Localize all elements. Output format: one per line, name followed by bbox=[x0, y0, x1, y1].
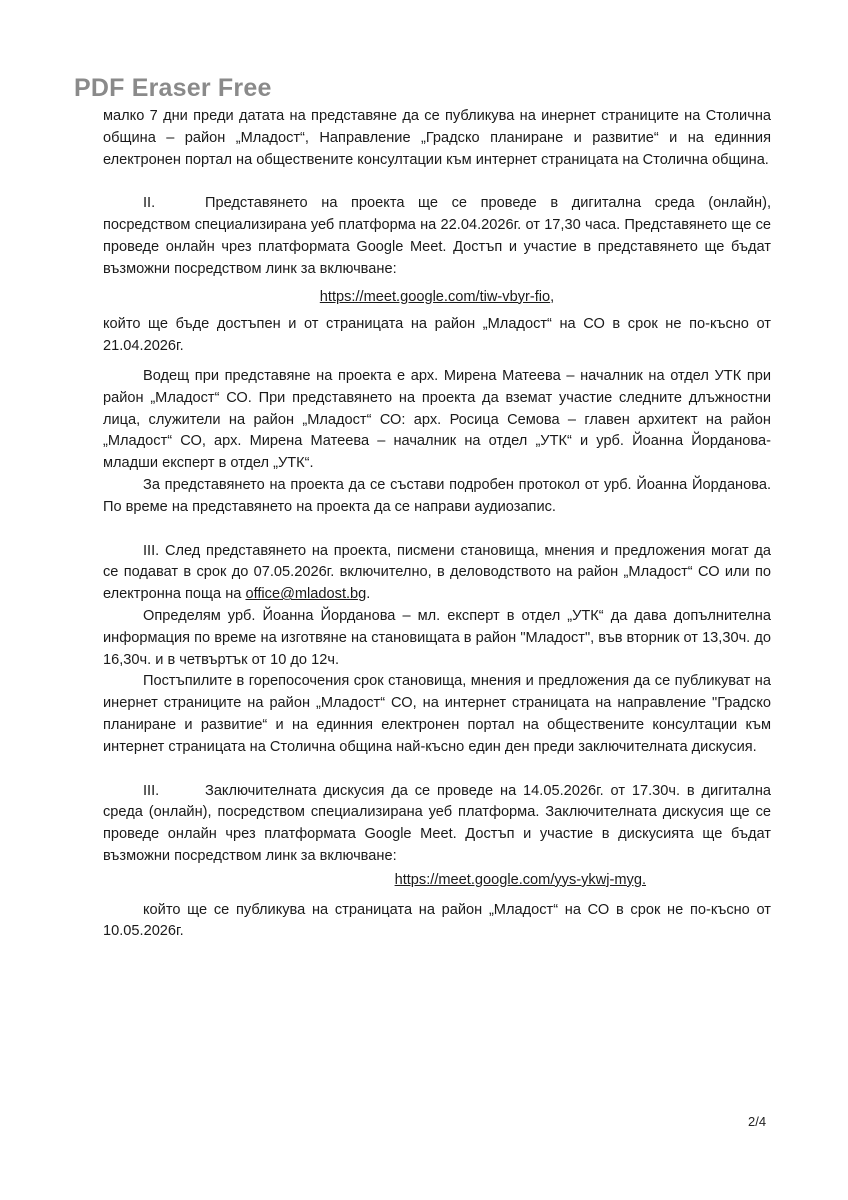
meet-link-discussion[interactable]: https://meet.google.com/yys-ykwj-myg. bbox=[103, 870, 771, 892]
paragraph-section-iii-opinions: III. След представянето на проекта, писм… bbox=[103, 541, 771, 606]
link-line-2: https://meet.google.com/yys-ykwj-myg. bbox=[103, 870, 771, 892]
paragraph-host: Водещ при представяне на проекта е арх. … bbox=[103, 366, 771, 475]
paragraph-publication: Постъпилите в горепосочения срок станови… bbox=[103, 671, 771, 758]
paragraph-contact: Определям урб. Йоанна Йорданова – мл. ек… bbox=[103, 606, 771, 671]
watermark: PDF Eraser Free bbox=[74, 74, 272, 103]
meet-link-presentation[interactable]: https://meet.google.com/tiw-vbyr-fio bbox=[320, 289, 550, 305]
link-suffix: , bbox=[550, 289, 554, 305]
paragraph-section-iii-discussion: III.Заключителната дискусия да се провед… bbox=[103, 781, 771, 868]
section-number: II. bbox=[143, 193, 205, 215]
paragraph-availability: който ще бъде достъпен и от страницата н… bbox=[103, 314, 771, 358]
paragraph-intro: малко 7 дни преди датата на представяне … bbox=[103, 106, 771, 171]
paragraph-protocol: За представянето на проекта да се състав… bbox=[103, 475, 771, 519]
paragraph-discussion-availability: който ще се публикува на страницата на р… bbox=[103, 900, 771, 944]
section-number: III. bbox=[143, 781, 205, 803]
section-number: III. bbox=[143, 543, 159, 559]
email-link[interactable]: office@mladost.bg bbox=[245, 586, 366, 602]
document-page: малко 7 дни преди датата на представяне … bbox=[103, 106, 771, 943]
paragraph-text: След представянето на проекта, писмени с… bbox=[103, 543, 771, 603]
paragraph-section-ii: II.Представянето на проекта ще се провед… bbox=[103, 193, 771, 280]
link-line-1: https://meet.google.com/tiw-vbyr-fio, bbox=[103, 287, 771, 309]
email-suffix: . bbox=[366, 586, 370, 602]
page-number: 2/4 bbox=[748, 1114, 766, 1129]
